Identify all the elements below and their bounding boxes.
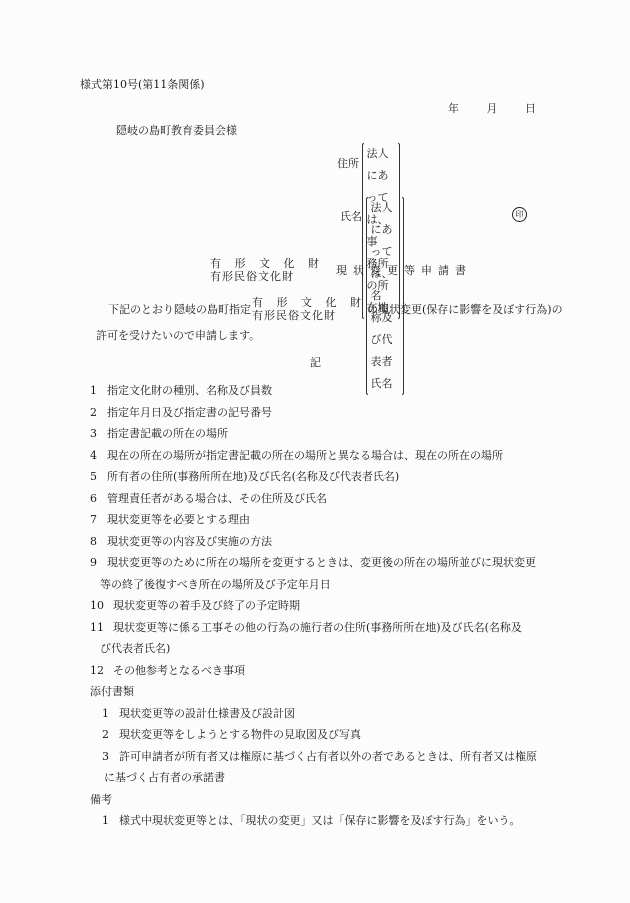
date-year: 年 xyxy=(448,102,459,115)
attachment-item: 1現状変更等の設計仕様書及び設計図 xyxy=(102,703,560,725)
list-item-continuation: 等の終了後復すべき所在の場所及び予定年月日 xyxy=(90,574,560,596)
list-item: 6管理責任者がある場合は、その住所及び氏名 xyxy=(90,488,560,510)
list-item: 10現状変更等の着手及び終了の予定時期 xyxy=(90,595,560,617)
remark-item: 1様式中現状変更等とは、「現状の変更」又は「保存に影響を及ぼす行為」をいう。 xyxy=(102,810,560,832)
list-item: 5所有者の住所(事務所所在地)及び氏名(名称及び代表者氏名) xyxy=(90,466,560,488)
date-line: 年 月 日 xyxy=(448,102,560,116)
intro-paragraph: 下記のとおり隠岐の島町指定 有 形 文 化 財 有形民俗文化財 の現状変更(保存… xyxy=(108,296,563,322)
intro-before: 下記のとおり隠岐の島町指定 xyxy=(108,301,251,317)
form-number: 様式第10号(第11条関係) xyxy=(80,78,205,92)
name-note-line-1: 法人にあっては、名 xyxy=(370,197,399,307)
date-month: 月 xyxy=(487,102,498,115)
remarks-list: 1様式中現状変更等とは、「現状の変更」又は「保存に影響を及ぼす行為」をいう。 xyxy=(90,810,560,832)
list-item: 3指定書記載の所在の場所 xyxy=(90,423,560,445)
list-item-continuation: び代表者氏名) xyxy=(90,638,560,660)
address-label: 住所 xyxy=(337,157,359,171)
attachment-item: 2現状変更等をしようとする物件の見取図及び写真 xyxy=(102,724,560,746)
ki-heading: 記 xyxy=(310,356,321,370)
seal-icon: 印 xyxy=(512,207,527,222)
list-item: 7現状変更等を必要とする理由 xyxy=(90,509,560,531)
name-label: 氏名 xyxy=(340,210,362,224)
list-item: 9現状変更等のために所在の場所を変更するときは、変更後の所在の場所並びに現状変更 xyxy=(90,552,560,574)
remarks-heading: 備考 xyxy=(90,789,560,811)
list-item: 12その他参考となるべき事項 xyxy=(90,660,560,682)
intro-line-2: 許可を受けたいので申請します。 xyxy=(96,329,260,343)
intro-property-type-tangible: 有 形 文 化 財 xyxy=(252,296,366,309)
list-item: 8現状変更等の内容及び実施の方法 xyxy=(90,531,560,553)
intro-property-type-folk: 有形民俗文化財 xyxy=(252,309,366,322)
title-text: 現状変更等申請書 xyxy=(336,262,472,278)
date-day: 日 xyxy=(525,102,536,115)
property-type-stack: 有 形 文 化 財 有形民俗文化財 xyxy=(210,257,324,283)
attachments-list: 1現状変更等の設計仕様書及び設計図 2現状変更等をしようとする物件の見取図及び写… xyxy=(90,703,560,789)
intro-after: の現状変更(保存に影響を及ぼす行為)の xyxy=(367,301,563,317)
intro-property-type-stack: 有 形 文 化 財 有形民俗文化財 xyxy=(252,296,366,322)
attachments-heading: 添付書類 xyxy=(90,681,560,703)
list-item: 2指定年月日及び指定書の記号番号 xyxy=(90,402,560,424)
attachment-item: 3許可申請者が所有者又は権原に基づく占有者以外の者であるときは、所有者又は権原 xyxy=(102,746,560,768)
list-item: 11現状変更等に係る工事その他の行為の施行者の住所(事務所所在地)及び氏名(名称… xyxy=(90,617,560,639)
list-item: 1指定文化財の種別、名称及び員数 xyxy=(90,380,560,402)
list-item: 4現在の所在の場所が指定書記載の所在の場所と異なる場合は、現在の所在の場所 xyxy=(90,445,560,467)
property-type-folk: 有形民俗文化財 xyxy=(210,270,324,283)
addressee: 隠岐の島町教育委員会様 xyxy=(116,124,237,138)
property-type-tangible: 有 形 文 化 財 xyxy=(210,257,324,270)
attachment-item-continuation: に基づく占有者の承諾書 xyxy=(102,767,560,789)
items-list: 1指定文化財の種別、名称及び員数 2指定年月日及び指定書の記号番号 3指定書記載… xyxy=(90,380,560,832)
document-title: 有 形 文 化 財 有形民俗文化財 現状変更等申請書 xyxy=(210,257,472,283)
